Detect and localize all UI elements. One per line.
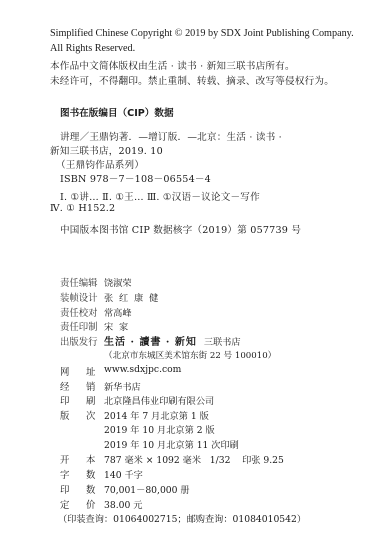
edition-line-3: 2019 年 10 月北京第 11 次印刷 [104,437,239,451]
price-value: 38.00 元 [104,497,142,511]
format-value: 787 毫米 × 1092 毫米 1/32 印张 9.25 [104,452,284,466]
publisher-logo-text: 生活 · 讀書 · 新知 [104,337,197,348]
edition-line-2: 2019 年 10 月北京第 2 版 [104,422,215,436]
cip-line-2: 新知三联书店，2019. 10 [50,143,163,157]
website-value: www.sdxjpc.com [104,364,181,375]
copyright-chinese: 本作品中文简体版权由生活 · 读书 · 新知三联书店所有。 [50,58,295,72]
copyright-notice: 未经许可，不得翻印。禁止重制、转载、摘录、改写等侵权行为。 [50,73,334,87]
cip-series: （王鼎钧作品系列） [56,157,144,171]
editor-value: 饶淑荣 [104,275,132,289]
proofreader-value: 常高峰 [104,305,132,319]
contact-info: （印装查询：01064002715；邮购查询：01084010542） [58,511,306,525]
cip-line-1: 讲理／王鼎钧著．—增订版．—北京：生活 · 读书 · [60,129,282,143]
editor-label: 责任编辑 [60,275,98,289]
rights-reserved: All Rights Reserved. [50,43,135,54]
print-supervisor-value: 宋 家 [104,319,128,333]
publisher-value: 生活 · 讀書 · 新知 三联书店 [104,333,241,348]
cip-classification-2: Ⅳ. ① H152.2 [50,203,115,214]
publisher-label: 出版发行 [60,334,98,348]
printer-value: 北京隆昌伟业印刷有限公司 [104,393,214,407]
cip-record-number: 中国版本图书馆 CIP 数据核字（2019）第 057739 号 [60,222,301,236]
proofreader-label: 责任校对 [60,305,98,319]
copyright-english: Simplified Chinese Copyright © 2019 by S… [50,28,354,39]
print-supervisor-label: 责任印制 [60,319,98,333]
word-count-value: 140 千字 [104,467,143,481]
cip-title: 图书在版编目（CIP）数据 [60,105,174,119]
cip-isbn: ISBN 978－7－108－06554－4 [60,171,211,185]
print-run-value: 70,001－80,000 册 [104,482,190,496]
edition-line-1: 2014 年 7 月北京第 1 版 [104,408,209,422]
cip-classification-1: Ⅰ. ①讲… Ⅱ. ①王… Ⅲ. ①汉语－议论文－写作 [60,189,260,203]
design-label: 装帧设计 [60,290,98,304]
publisher-address: （北京市东城区美术馆东街 22 号 100010） [104,349,276,361]
distributor-value: 新华书店 [104,379,141,393]
design-value: 张 红 康 健 [104,290,158,304]
publisher-name: 三联书店 [204,337,241,348]
